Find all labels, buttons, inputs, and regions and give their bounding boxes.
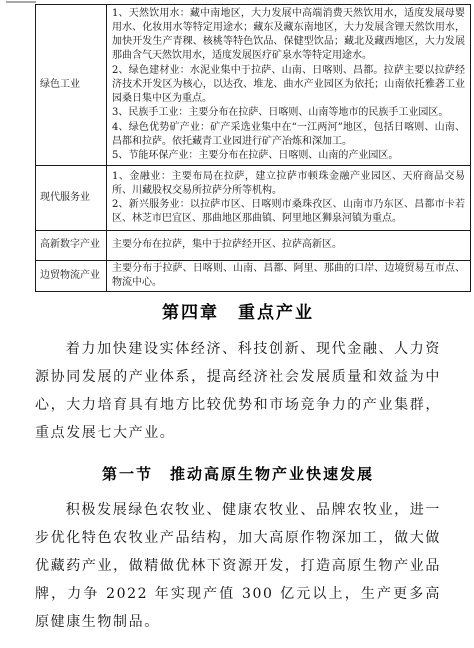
body-paragraph: 着力加快建设实体经济、科技创新、现代金融、人力资源协同发展的产业体系，提高经济社… (35, 335, 441, 447)
industry-detail-cell: 主要分布在拉萨，集中于拉萨经开区、拉萨高新区。 (107, 231, 471, 261)
industry-item: 5、节能环保产业：主要分布在拉萨、日喀则、山南的产业园区。 (112, 149, 465, 163)
chapter-heading: 第四章 重点产业 (35, 298, 441, 323)
industry-item: 1、金融业：主要布局在拉萨，建立拉萨市顿珠金融产业园区、天府商品交易所、川藏股权… (112, 170, 465, 198)
table-row: 高新数字产业 主要分布在拉萨，集中于拉萨经开区、拉萨高新区。 (36, 231, 471, 261)
section-heading: 第一节 推动高原生物产业快速发展 (35, 463, 441, 484)
industry-category-cell: 现代服务业 (36, 166, 107, 231)
document-page: 绿色工业 1、天然饮用水：藏中南地区，大力发展中高端消费天然饮用水，适度发展母婴… (0, 0, 474, 648)
industry-category-cell: 高新数字产业 (36, 231, 107, 261)
industry-item: 4、绿色优势矿产业：矿产采选业集中在“一江两河”地区，包括日喀则、山南、昌都和拉… (112, 121, 465, 149)
document-body: 第四章 重点产业 着力加快建设实体经济、科技创新、现代金融、人力资源协同发展的产… (35, 286, 441, 636)
page-edge-artifact (6, 1, 36, 3)
body-paragraph: 积极发展绿色农牧业、健康农牧业、品牌农牧业，进一步优化特色农牧业产品结构，加大高… (35, 496, 441, 636)
industry-item: 2、新兴服务业：以拉萨市区、日喀则市桑珠孜区、山南市乃东区、昌都市卡若区、林芝市… (112, 198, 465, 226)
industry-detail-cell: 1、天然饮用水：藏中南地区，大力发展中高端消费天然饮用水，适度发展母婴用水、化妆… (107, 5, 471, 166)
industry-layout-table: 绿色工业 1、天然饮用水：藏中南地区，大力发展中高端消费天然饮用水，适度发展母婴… (35, 4, 471, 292)
industry-item: 1、天然饮用水：藏中南地区，大力发展中高端消费天然饮用水，适度发展母婴用水、化妆… (112, 7, 465, 64)
industry-item: 3、民族手工业：主要分布在拉萨、日喀则、山南等地市的民族手工业园区。 (112, 106, 465, 120)
table-row: 现代服务业 1、金融业：主要布局在拉萨，建立拉萨市顿珠金融产业园区、天府商品交易… (36, 166, 471, 231)
industry-detail-cell: 1、金融业：主要布局在拉萨，建立拉萨市顿珠金融产业园区、天府商品交易所、川藏股权… (107, 166, 471, 231)
industry-category-cell: 绿色工业 (36, 5, 107, 166)
industry-item: 主要分布在拉萨，集中于拉萨经开区、拉萨高新区。 (112, 238, 465, 252)
industry-item: 2、绿色建材业：水泥业集中于拉萨、山南、日喀则、昌都。拉萨主要以拉萨经济技术开发… (112, 64, 465, 107)
table-row: 绿色工业 1、天然饮用水：藏中南地区，大力发展中高端消费天然饮用水，适度发展母婴… (36, 5, 471, 166)
